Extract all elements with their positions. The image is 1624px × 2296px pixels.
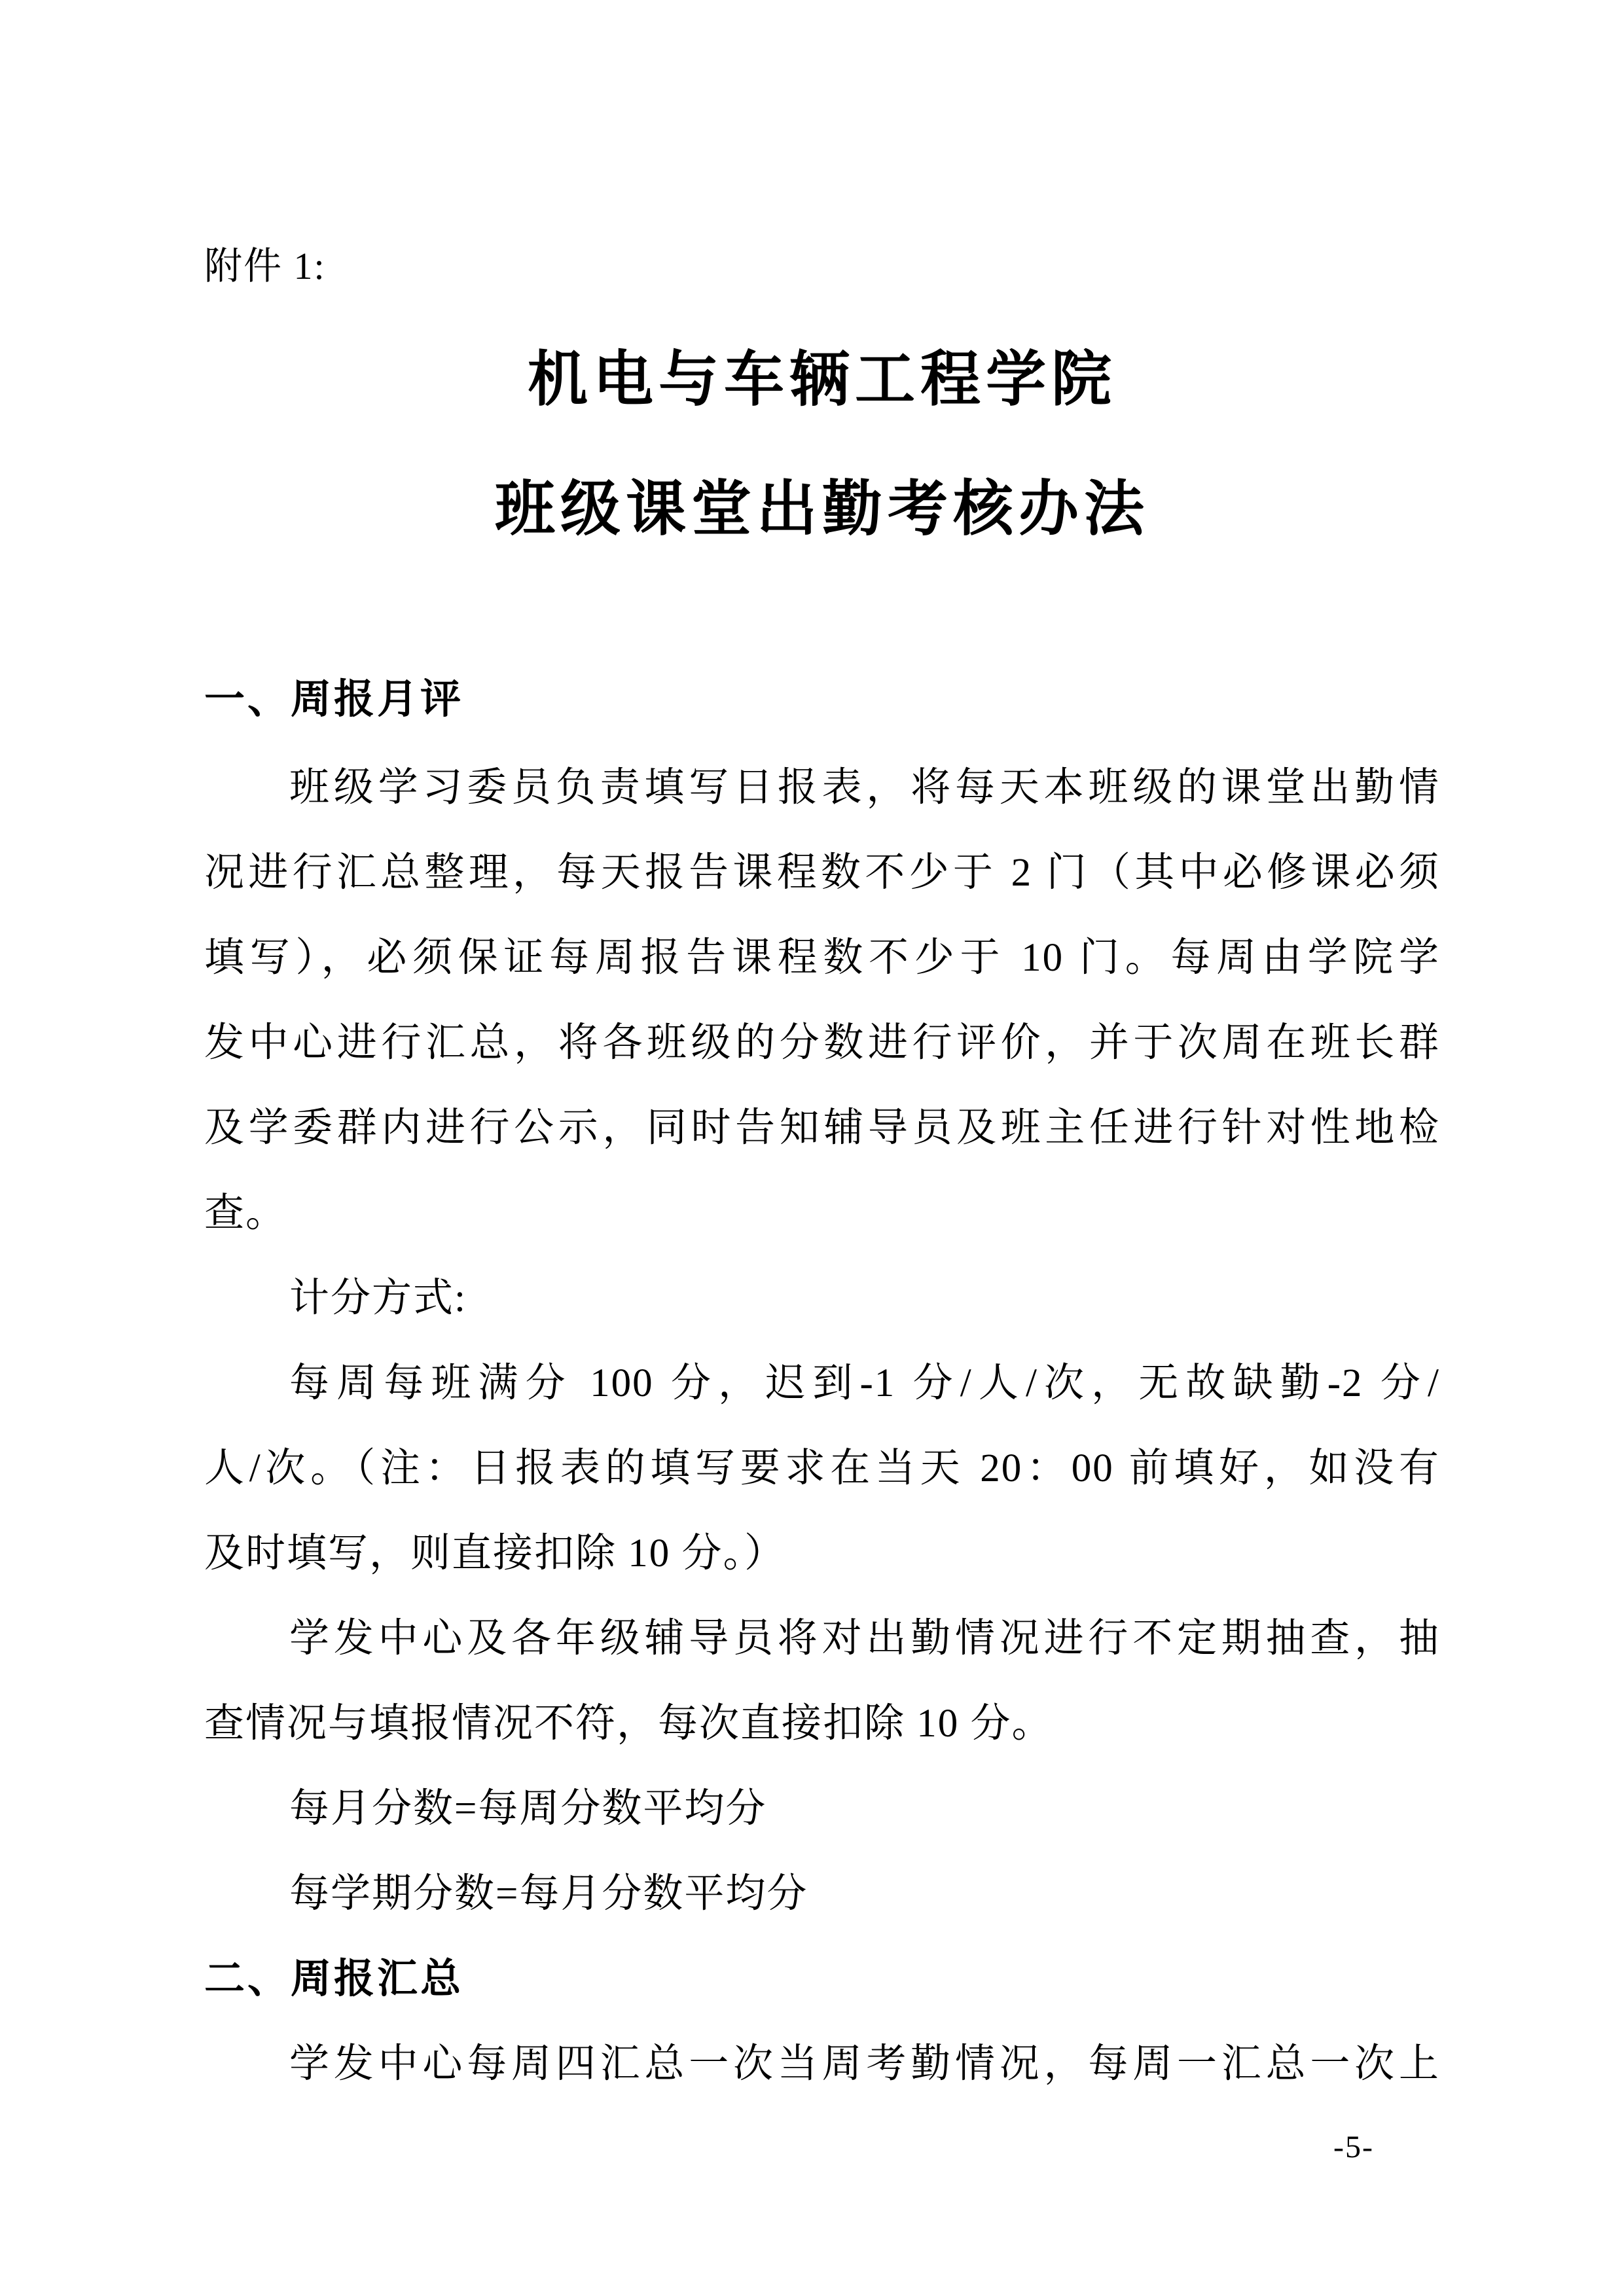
body-line: 计分方式: bbox=[204, 1256, 1440, 1341]
body-line: 每月分数=每周分数平均分 bbox=[204, 1767, 1440, 1852]
body-line: 每周每班满分 100 分，迟到-1 分/人/次，无故缺勤-2 分/ bbox=[204, 1341, 1440, 1426]
document-title-line2: 班级课堂出勤考核办法 bbox=[204, 475, 1440, 545]
section-1-heading: 一、周报月评 bbox=[204, 657, 1440, 742]
document-page: 附件 1: 机电与车辆工程学院 班级课堂出勤考核办法 一、周报月评 班级学习委员… bbox=[0, 0, 1624, 2296]
document-title-line1: 机电与车辆工程学院 bbox=[204, 346, 1440, 415]
body-line: 及时填写，则直接扣除 10 分。） bbox=[204, 1511, 1440, 1596]
body-line: 学发中心及各年级辅导员将对出勤情况进行不定期抽查，抽 bbox=[204, 1596, 1440, 1681]
body-line: 人/次。（注：日报表的填写要求在当天 20：00 前填好，如没有 bbox=[204, 1426, 1440, 1511]
section-2-heading: 二、周报汇总 bbox=[204, 1937, 1440, 2022]
body-line: 学发中心每周四汇总一次当周考勤情况，每周一汇总一次上 bbox=[204, 2022, 1440, 2107]
body-line: 每学期分数=每月分数平均分 bbox=[204, 1852, 1440, 1937]
body-line: 况进行汇总整理，每天报告课程数不少于 2 门（其中必修课必须 bbox=[204, 831, 1440, 916]
body-line: 及学委群内进行公示，同时告知辅导员及班主任进行针对性地检 bbox=[204, 1086, 1440, 1171]
page-number: -5- bbox=[1333, 2128, 1374, 2166]
body-line: 查。 bbox=[204, 1171, 1440, 1256]
body-line: 查情况与填报情况不符，每次直接扣除 10 分。 bbox=[204, 1681, 1440, 1767]
body-line: 发中心进行汇总，将各班级的分数进行评价，并于次周在班长群 bbox=[204, 1001, 1440, 1086]
body-line: 填写），必须保证每周报告课程数不少于 10 门。每周由学院学 bbox=[204, 916, 1440, 1001]
attachment-label: 附件 1: bbox=[204, 243, 1440, 289]
body-line: 班级学习委员负责填写日报表，将每天本班级的课堂出勤情 bbox=[204, 745, 1440, 831]
